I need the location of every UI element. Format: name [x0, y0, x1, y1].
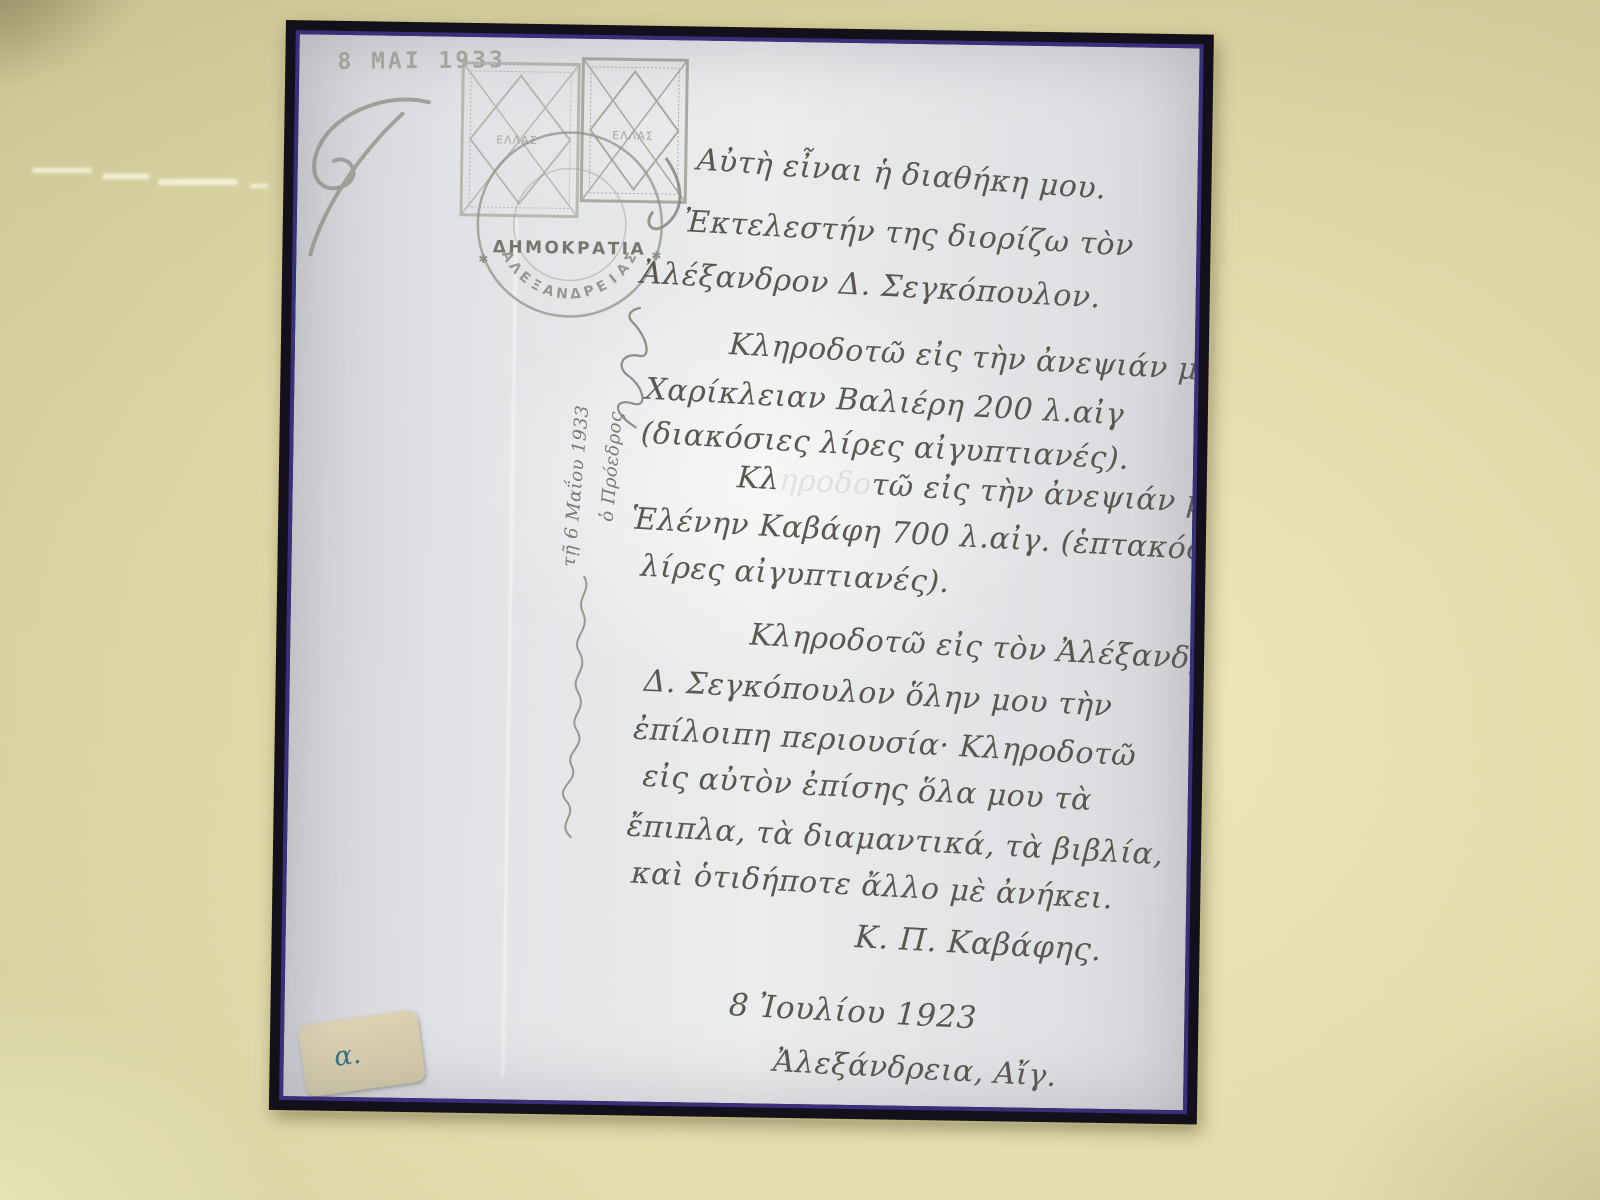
label-sticker: α.	[297, 1009, 426, 1097]
wall-scuff-mark	[250, 184, 268, 188]
svg-text:Ν: Ν	[555, 285, 568, 302]
will-line: Κληροδοτῶ εἰς τὸν Ἀλέξανδρον	[749, 617, 1204, 679]
revenue-stamp-left: ΕΛΛΑΣ	[461, 63, 579, 217]
wall-scuff-mark	[102, 174, 150, 179]
wall-scuff-mark	[158, 179, 238, 185]
notary-signature-squiggle	[602, 301, 659, 434]
will-line: λίρες αἰγυπτιανές).	[640, 549, 951, 601]
paraph-flourish	[288, 82, 461, 275]
wall-scuff-mark	[32, 168, 92, 173]
will-place: Ἀλεξάνδρεια, Αἴγ.	[772, 1044, 1058, 1094]
annotation-date-fragment: τῇ 6 Μαΐου 1933	[559, 404, 594, 567]
svg-text:Ξ: Ξ	[528, 277, 544, 295]
revenue-stamp-right: ΕΛΛΑΣ	[581, 59, 688, 230]
will-date: 8 Ἰουλίου 1923	[728, 987, 978, 1036]
sticker-label-text: α.	[332, 1038, 363, 1072]
picture-frame: 8 MAI 1933 ΕΛΛΑΣ ΕΛΛΑΣ	[269, 20, 1214, 1124]
will-text-block: Αὐτὴ εἶναι ἡ διαθήκη μου. Ἐκτελεστήν της…	[300, 34, 1200, 48]
postmark-star: ✱	[478, 252, 488, 266]
revenue-stamp-label: ΕΛΛΑΣ	[612, 129, 654, 143]
svg-text:Ε: Ε	[594, 277, 610, 296]
postmark-circle: ΔΗΜΟΚΡΑΤΙΑ ✱ ✱ ΑΛΕΞΑΝΔΡΕΙΑΣ	[476, 131, 663, 318]
photo-paper: 8 MAI 1933 ΕΛΛΑΣ ΕΛΛΑΣ	[279, 30, 1204, 1114]
svg-text:Α: Α	[541, 282, 556, 301]
annotation-scrawl	[541, 570, 608, 843]
will-signature: Κ. Π. Καβάφης.	[854, 919, 1103, 968]
